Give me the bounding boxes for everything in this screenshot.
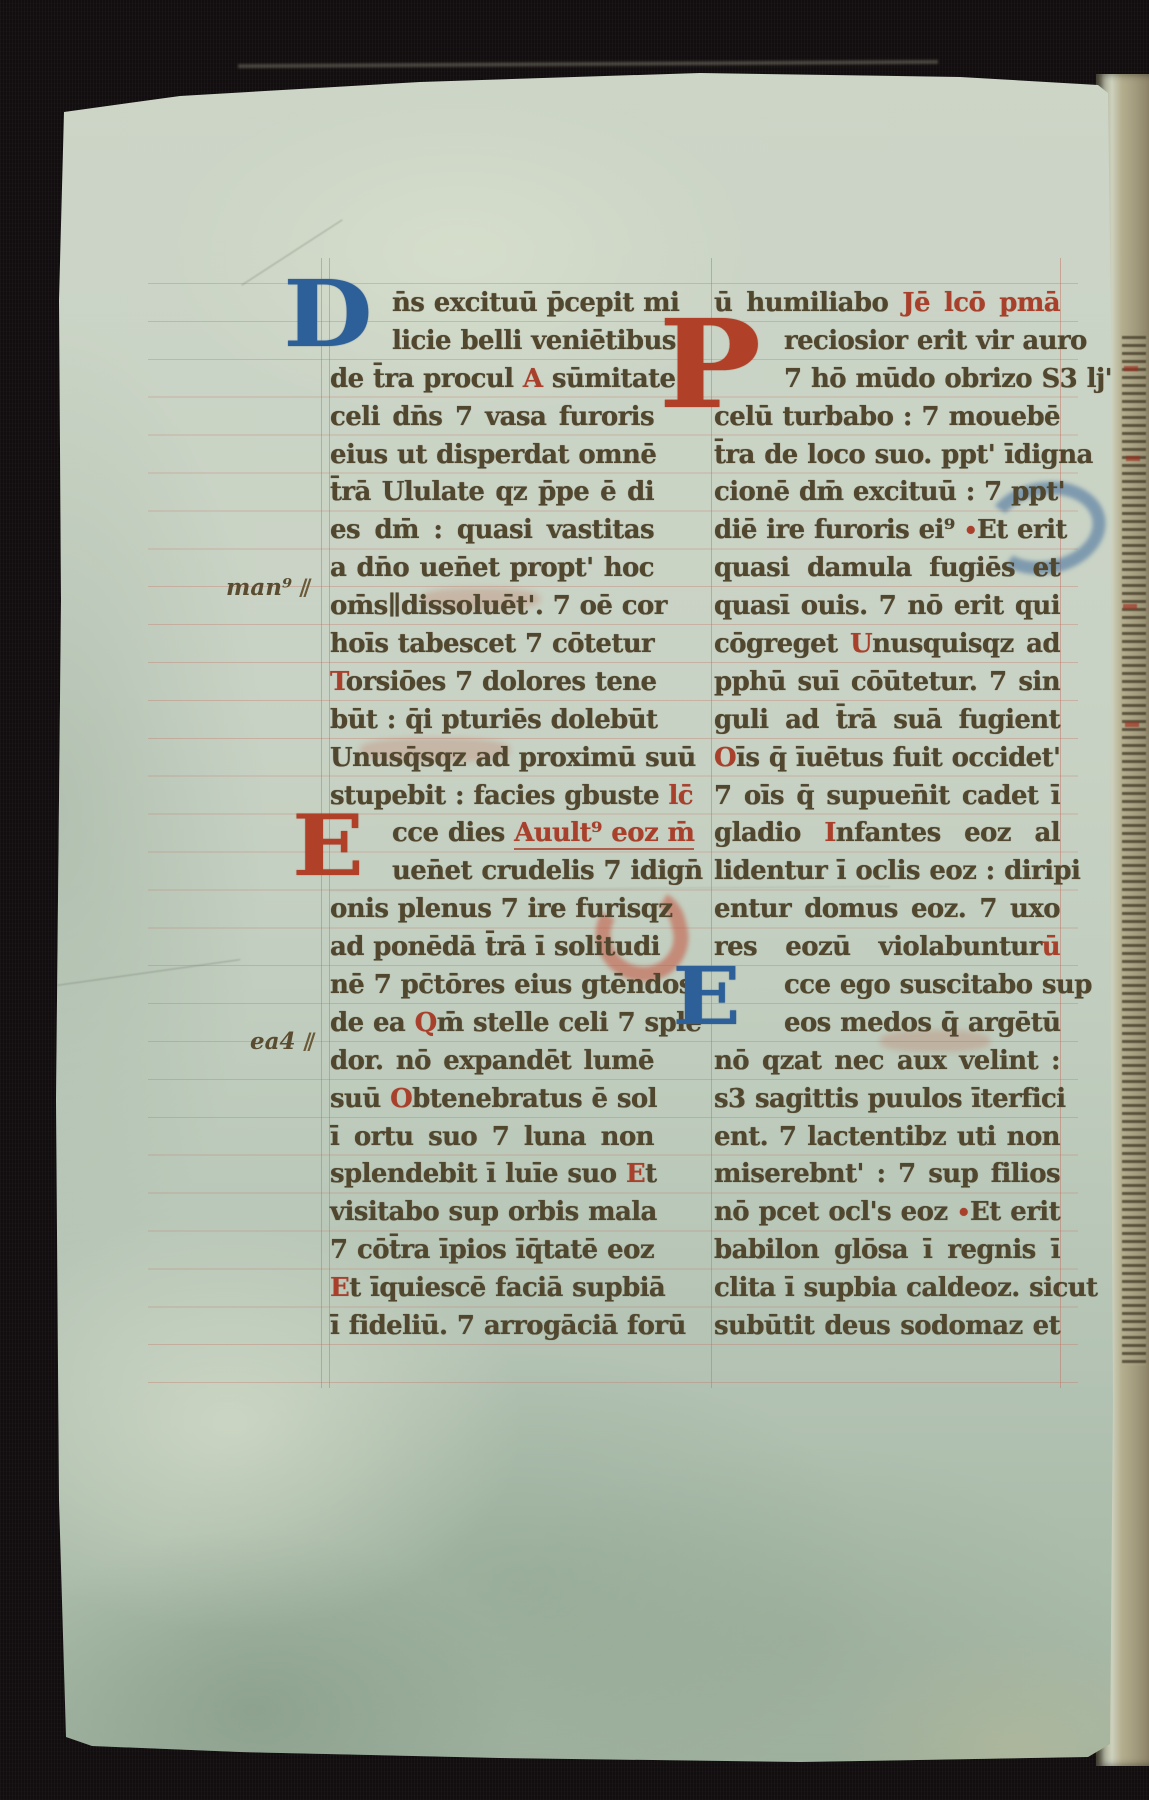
text-line: cōgreget Unusquisqz ad (714, 626, 1060, 664)
text-segment: eius ut disperdat omnē (330, 440, 656, 470)
text-line: entur domus eoz. 7 uxo (714, 891, 1060, 929)
text-segment: diē ire furoris ei⁹ (714, 515, 964, 545)
marginal-note-text: man⁹ (226, 574, 292, 601)
text-segment: splendebit ī luīe suo (330, 1159, 626, 1189)
text-segment: guli ad t̄rā suā fugient (714, 705, 1060, 735)
text-segment: būt : q̄i pturiēs dolebūt (330, 705, 657, 735)
text-line: a dn̄o uen̄et propt' hoc (330, 550, 654, 588)
text-segment: visitabo sup orbis mala (330, 1197, 657, 1227)
text-segment: miserebnt' : 7 sup filios (714, 1159, 1060, 1189)
text-line: subūtit deus sodomaz et (714, 1308, 1060, 1346)
marginal-note-manus: man⁹∥ (226, 574, 311, 601)
text-segment: eos medos q̄ argētū (784, 1008, 1060, 1038)
text-line: celi dn̄s 7 vasa furoris (330, 399, 654, 437)
text-segment: ent. 7 lactentibz uti non (714, 1122, 1060, 1152)
text-line: licie belli veniētibus (330, 323, 654, 361)
text-segment: cionē dm̄ excituū : 7 ppt' (714, 477, 1065, 507)
text-segment: s3 sagittis puulos īterfici (714, 1084, 1066, 1114)
manuscript-photo: n̄s excituū p̄cepit milicie belli venie… (0, 0, 1149, 1800)
text-segment: sūmitate (542, 364, 675, 394)
text-segment: cōgreget (714, 629, 850, 659)
text-line: miserebnt' : 7 sup filios (714, 1156, 1060, 1194)
text-segment: ∙ (957, 1197, 970, 1227)
text-line: 7 cōt̄ra īpios īq̄tatē eoz (330, 1232, 654, 1270)
text-segment: O (714, 743, 736, 773)
under-pages-text-edge (1122, 336, 1146, 1366)
text-line: nō pcet ocl's eoz ∙Et erit (714, 1194, 1060, 1232)
text-segment: E (330, 1273, 349, 1303)
text-line: t̄rā Ululate qz p̄pe ē di (330, 474, 654, 512)
text-line: ī ortu suo 7 luna non (330, 1119, 654, 1157)
text-segment: cce dies (392, 818, 514, 848)
text-line: nē 7 pc̄tōres eius gtēndos (330, 967, 654, 1005)
text-line: s3 sagittis puulos īterfici (714, 1081, 1060, 1119)
text-segment: babilon glōsa ī regnis ī (714, 1235, 1060, 1265)
text-segment: onis plenus 7 ire furisqz (330, 894, 672, 924)
ruling-vertical (1060, 258, 1061, 1388)
text-line: celū turbabo : 7 mouebē (714, 399, 1060, 437)
text-segment: btenebratus ē sol (412, 1084, 657, 1114)
text-line: ent. 7 lactentibz uti non (714, 1119, 1060, 1157)
text-segment: 7 oīs q̄ supuen̄it cadet ī (714, 781, 1060, 811)
text-segment: reciosior erit vir auro (784, 326, 1087, 356)
red-edge-fleck (1124, 366, 1138, 371)
text-segment: īs q̄ īuētus fuit occidet' (736, 743, 1060, 773)
text-segment: suū (330, 1084, 390, 1114)
text-segment: A (523, 364, 543, 394)
text-segment: O (390, 1084, 412, 1114)
text-segment: ī fideliū. 7 arrogāciā forū (330, 1311, 686, 1341)
text-line: cce ego suscitabo sup (714, 967, 1060, 1005)
text-line: cce dies Auult⁹ eoz m̄ (330, 815, 654, 853)
text-segment: es dm̄ : quasi vastitas (330, 515, 654, 545)
text-line: pphū suī cōūtetur. 7 sin (714, 664, 1060, 702)
text-segment: T (330, 667, 346, 697)
text-segment: Jē lcō pmā (902, 288, 1060, 318)
text-segment: 7 cōt̄ra īpios īq̄tatē eoz (330, 1235, 654, 1265)
text-segment: ad ponēdā t̄rā ī solitudi (330, 932, 660, 962)
text-segment: celi dn̄s 7 vasa furoris (330, 402, 654, 432)
text-line: lidentur ī oclis eoz : diripi (714, 853, 1060, 891)
text-segment: Unusq̄sqz ad proximū suū (330, 743, 696, 773)
text-segment: Et erit (977, 515, 1067, 545)
text-line: guli ad t̄rā suā fugient (714, 702, 1060, 740)
text-segment: t īquiescē faciā supbiā (349, 1273, 665, 1303)
text-segment: hoīs tabescet 7 cōtetur (330, 629, 654, 659)
text-segment: Et erit (970, 1197, 1060, 1227)
text-line: eos medos q̄ argētū (714, 1005, 1060, 1043)
text-line: ad ponēdā t̄rā ī solitudi (330, 929, 654, 967)
text-segment: m̄ stelle celi 7 splē (437, 1008, 702, 1038)
text-segment: res eozū violabuntur (714, 932, 1042, 962)
marginal-note-text: ea4 (250, 1028, 296, 1055)
text-segment: licie belli veniētibus (392, 326, 676, 356)
text-segment: clita ī supbia caldeoz. sicut (714, 1273, 1097, 1303)
text-line: 7 hō mūdo obrizo S3 lj' (714, 361, 1060, 399)
text-segment: quasi damula fugiēs et (714, 553, 1060, 583)
text-line: de ea Qm̄ stelle celi 7 splē (330, 1005, 654, 1043)
red-edge-fleck (1125, 722, 1139, 727)
text-segment: quasī ouis. 7 nō erit qui (714, 591, 1060, 621)
text-line: Torsiōes 7 dolores tene (330, 664, 654, 702)
text-segment: nō qzat nec aux velint : (714, 1046, 1060, 1076)
text-segment: U (850, 629, 872, 659)
text-line: hoīs tabescet 7 cōtetur (330, 626, 654, 664)
text-segment: t̄ra de loco suo. ppt' īdigna (714, 440, 1093, 470)
text-segment: pphū suī cōūtetur. 7 sin (714, 667, 1060, 697)
text-line: quasī ouis. 7 nō erit qui (714, 588, 1060, 626)
text-segment: gladio (714, 818, 824, 848)
text-segment: orsiōes 7 dolores tene (346, 667, 657, 697)
text-line: de t̄ra procul A sūmitate (330, 361, 654, 399)
text-segment: t (645, 1159, 656, 1189)
text-segment: n̄s excituū p̄cepit mi (392, 288, 679, 318)
text-line: om̄s∥dissoluēt'. 7 oē cor (330, 588, 654, 626)
text-segment: nusquisqz ad (872, 629, 1060, 659)
red-edge-fleck (1123, 604, 1137, 609)
text-line: 7 oīs q̄ supuen̄it cadet ī (714, 778, 1060, 816)
text-segment: de t̄ra procul (330, 364, 523, 394)
text-line: nō qzat nec aux velint : (714, 1043, 1060, 1081)
text-line: Oīs q̄ īuētus fuit occidet' (714, 740, 1060, 778)
text-line: t̄ra de loco suo. ppt' īdigna (714, 437, 1060, 475)
text-line: gladio Infantes eoz al (714, 815, 1060, 853)
parchment-leaf: n̄s excituū p̄cepit milicie belli venie… (0, 0, 1149, 1800)
text-segment: a dn̄o uen̄et propt' hoc (330, 553, 654, 583)
text-line: diē ire furoris ei⁹ ∙Et erit (714, 512, 1060, 550)
red-edge-fleck (1126, 456, 1140, 461)
text-segment: nfantes eoz al (836, 818, 1060, 848)
text-segment: Q (415, 1008, 437, 1038)
text-segment: celū turbabo : 7 mouebē (714, 402, 1060, 432)
text-segment: stupebit : facies gbuste (330, 781, 669, 811)
text-line: quasi damula fugiēs et (714, 550, 1060, 588)
text-line: res eozū violabunturū (714, 929, 1060, 967)
text-line: stupebit : facies gbuste lc̄ (330, 778, 654, 816)
text-line: ū humiliabo Jē lcō pmā (714, 285, 1060, 323)
text-segment: de ea (330, 1008, 415, 1038)
text-segment: subūtit deus sodomaz et (714, 1311, 1060, 1341)
text-segment: dor. nō expandēt lumē (330, 1046, 654, 1076)
text-line: ī fideliū. 7 arrogāciā forū (330, 1308, 654, 1346)
text-segment: uen̄et crudelis 7 idign̄ (392, 856, 703, 886)
text-column-right: ū humiliabo Jē lcō pmāreciosior erit… (714, 285, 1060, 1346)
text-segment: E (626, 1159, 645, 1189)
text-line: cionē dm̄ excituū : 7 ppt' (714, 474, 1060, 512)
text-line: suū Obtenebratus ē sol (330, 1081, 654, 1119)
text-segment: ū (1042, 932, 1060, 962)
initial-E-blue: E (672, 958, 740, 1034)
text-line: eius ut disperdat omnē (330, 437, 654, 475)
text-segment: lidentur ī oclis eoz : diripi (714, 856, 1080, 886)
initial-D-blue: D (283, 272, 372, 356)
text-segment: nō pcet ocl's eoz (714, 1197, 957, 1227)
text-segment: ī ortu suo 7 luna non (330, 1122, 654, 1152)
text-line: splendebit ī luīe suo Et (330, 1156, 654, 1194)
insertion-caret: ∥ (288, 576, 314, 600)
text-segment: om̄s∥dissoluēt'. 7 oē cor (330, 591, 667, 621)
text-segment: cce ego suscitabo sup (784, 970, 1092, 1000)
text-line: reciosior erit vir auro (714, 323, 1060, 361)
text-segment: entur domus eoz. 7 uxo (714, 894, 1060, 924)
text-line: babilon glōsa ī regnis ī (714, 1232, 1060, 1270)
text-segment: Auult⁹ eoz m̄ (514, 818, 694, 850)
text-segment: 7 hō mūdo obrizo S3 lj' (784, 364, 1112, 394)
text-line: visitabo sup orbis mala (330, 1194, 654, 1232)
text-segment: lc̄ (669, 781, 694, 811)
text-line: būt : q̄i pturiēs dolebūt (330, 702, 654, 740)
text-line: dor. nō expandēt lumē (330, 1043, 654, 1081)
text-segment: ∙ (964, 515, 977, 545)
text-line: uen̄et crudelis 7 idign̄ (330, 853, 654, 891)
text-segment: I (824, 818, 836, 848)
text-line: n̄s excituū p̄cepit mi (330, 285, 654, 323)
text-column-left: n̄s excituū p̄cepit milicie belli venie… (330, 285, 654, 1346)
initial-P-red: P (658, 312, 761, 416)
text-line: Unusq̄sqz ad proximū suū (330, 740, 654, 778)
text-line: onis plenus 7 ire furisqz (330, 891, 654, 929)
text-line: Et īquiescē faciā supbiā (330, 1270, 654, 1308)
marginal-note-earum: ea4∥ (250, 1028, 314, 1055)
text-segment: t̄rā Ululate qz p̄pe ē di (330, 477, 654, 507)
text-segment: nē 7 pc̄tōres eius gtēndos (330, 970, 693, 1000)
text-line: clita ī supbia caldeoz. sicut (714, 1270, 1060, 1308)
text-line: es dm̄ : quasi vastitas (330, 512, 654, 550)
initial-E-red: E (292, 806, 364, 886)
